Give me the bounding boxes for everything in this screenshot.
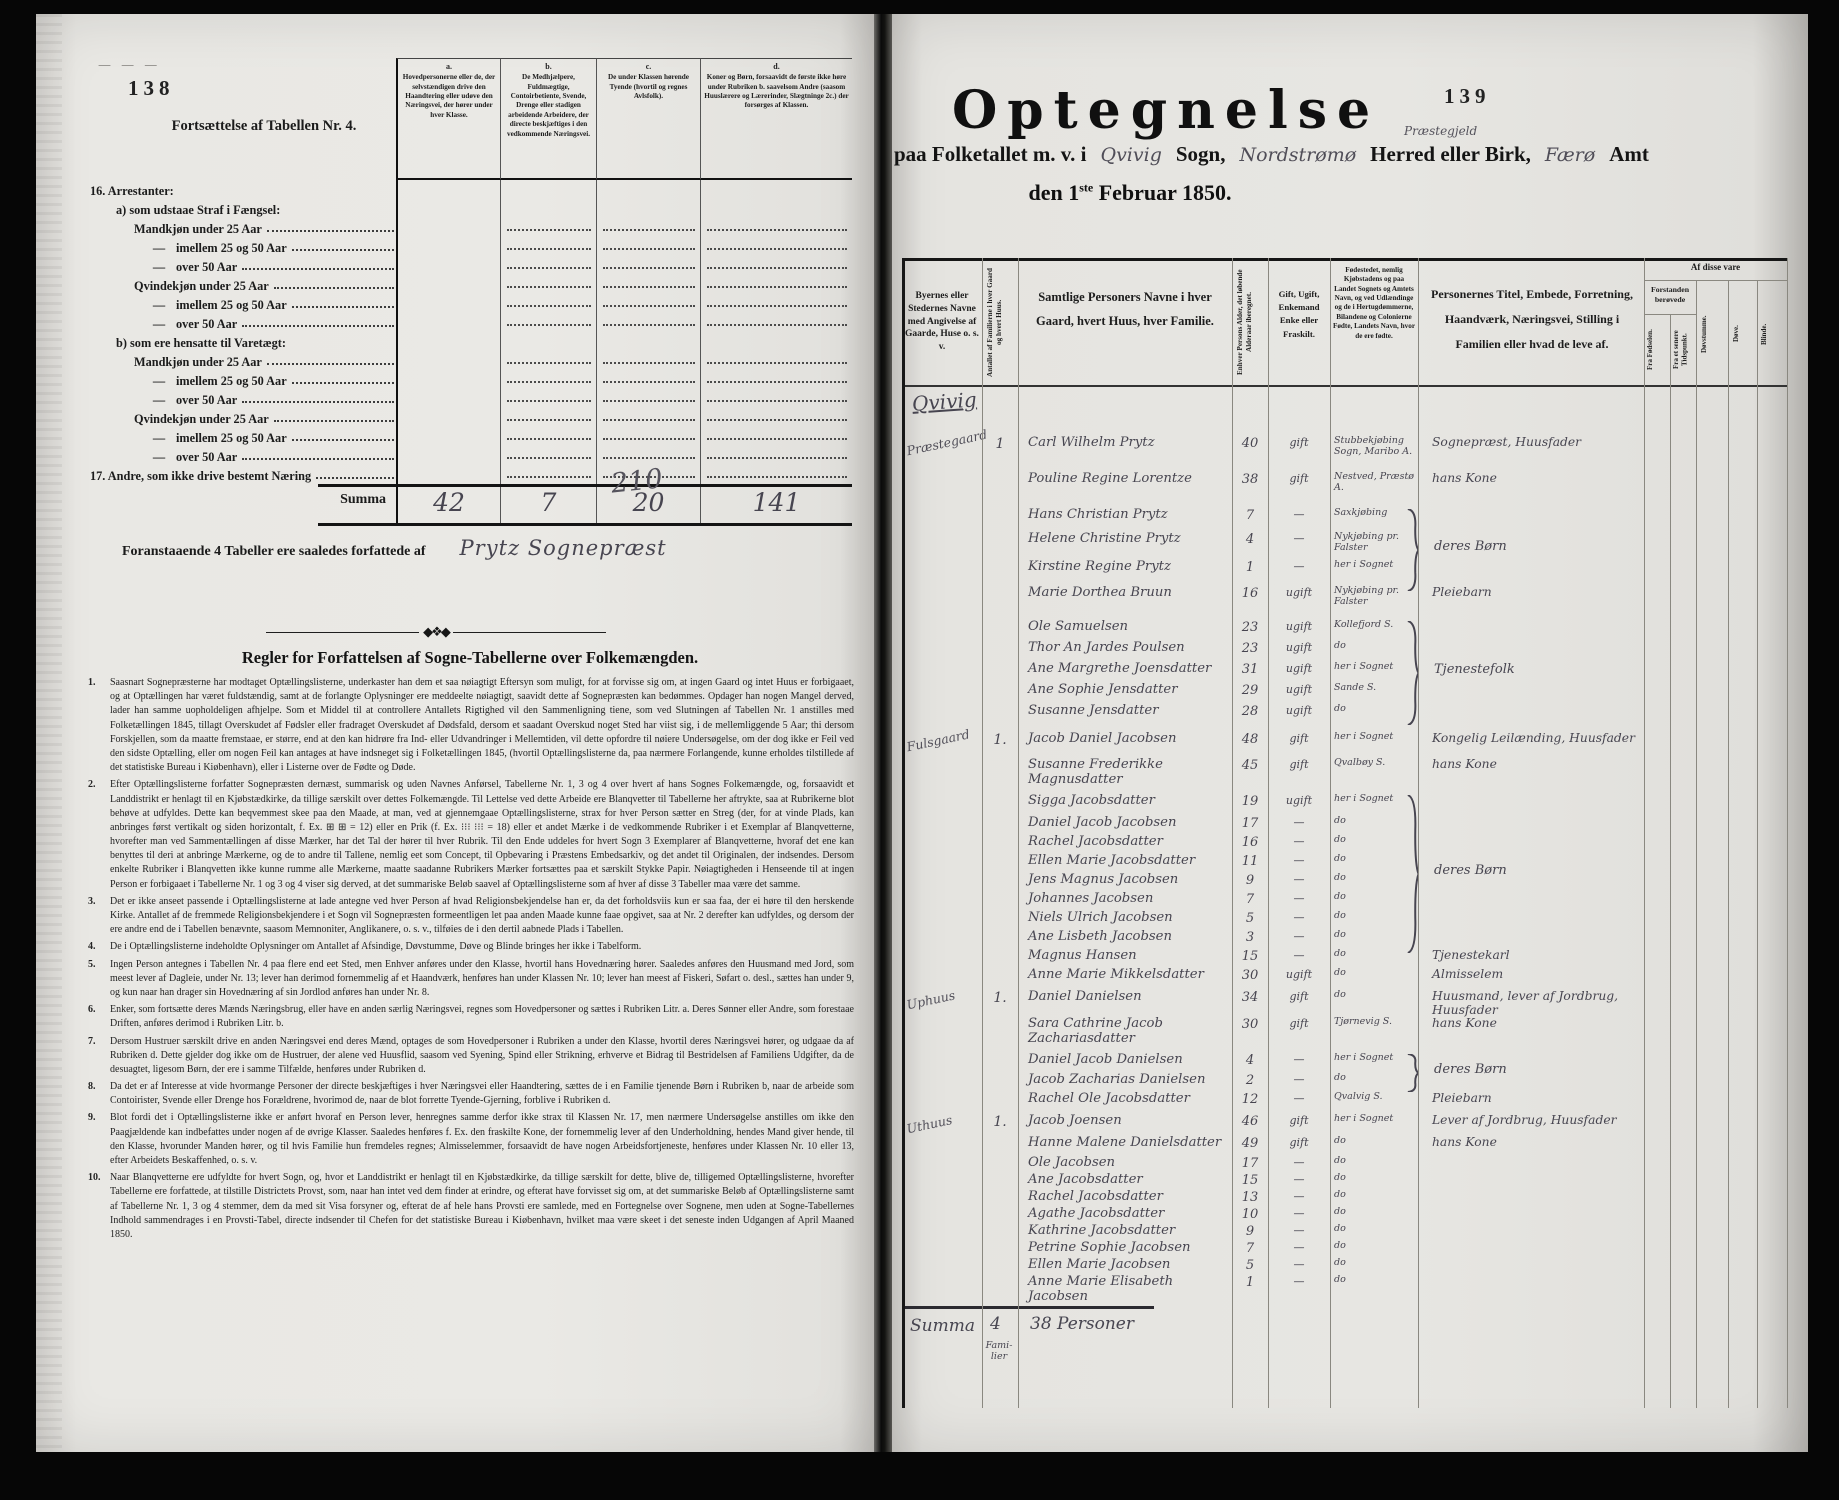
cell-occupation: Kongelig Leilænding, Huusfader <box>1418 732 1644 746</box>
dotted-line <box>707 456 847 459</box>
book-gutter <box>874 14 892 1452</box>
stat-row-label: —imellem 25 og 50 Aar <box>90 432 396 446</box>
rule-item: 2.Efter Optællingslisterne forfatter Sog… <box>86 778 854 892</box>
dotted-leader <box>292 305 394 308</box>
census-row: Marie Dorthea Bruun16ugiftNykjøbing pr. … <box>902 586 1788 620</box>
cell-birthplace: do <box>1330 1173 1418 1184</box>
cell-name: Susanne Jensdatter <box>1018 704 1232 719</box>
stat-cell <box>596 294 700 313</box>
col-letter-b: b. <box>504 62 593 72</box>
cell-status: — <box>1268 873 1330 886</box>
cell-birthplace: do <box>1330 873 1418 884</box>
cell-name: Kathrine Jacobsdatter <box>1018 1224 1232 1239</box>
cell-status: ugift <box>1268 620 1330 633</box>
cell-occupation: hans Kone <box>1418 1136 1644 1150</box>
place-heading-row: Qvivig <box>902 390 1788 436</box>
cell-status: — <box>1268 1224 1330 1237</box>
dotted-line <box>507 437 591 440</box>
cell-status: — <box>1268 532 1330 545</box>
cell-status: — <box>1268 892 1330 905</box>
dotted-leader <box>316 476 394 479</box>
stat-cell <box>596 313 700 332</box>
stat-cell <box>396 332 500 351</box>
cell-age: 11 <box>1232 854 1268 869</box>
cell-status: ugift <box>1268 641 1330 654</box>
dotted-line <box>603 304 695 307</box>
header-deaf: Døve. <box>1732 286 1755 382</box>
book-scan: 138 — — — Fortsættelse af Tabellen Nr. 4… <box>0 0 1839 1500</box>
census-row: Thor An Jardes Poulsen23ugiftdo <box>902 641 1788 662</box>
stat-cell <box>396 351 500 370</box>
cell-birthplace: do <box>1330 704 1418 715</box>
rule-item: 3.Det er ikke anseet passende i Optællin… <box>86 895 854 938</box>
dotted-line <box>707 437 847 440</box>
cell-status: ugift <box>1268 662 1330 675</box>
cell-age: 48 <box>1232 732 1268 747</box>
dotted-line <box>707 399 847 402</box>
header-families-vertical: Antallet af Familierne i hver Gaard og h… <box>986 263 1016 381</box>
col-letter-d: d. <box>704 62 849 72</box>
dash-ditto: — <box>142 432 176 446</box>
cell-age: 4 <box>1232 532 1268 547</box>
page-number-right: 139 <box>1444 84 1491 109</box>
cell-birthplace: do <box>1330 968 1418 979</box>
stat-cell <box>596 427 700 446</box>
stat-cell <box>500 218 596 237</box>
cell-status: — <box>1268 911 1330 924</box>
stat-cell <box>700 218 852 237</box>
cell-name: Pouline Regine Lorentze <box>1018 472 1232 487</box>
stat-cell <box>700 256 852 275</box>
summa-row: Summa 42 7 20 141 <box>90 484 852 526</box>
census-row: Ellen Marie Jacobsen5—do <box>902 1258 1788 1275</box>
stat-row: Qvindekjøn under 25 Aar <box>90 408 852 427</box>
rule-item: 10.Naar Blanqvetterne ere udfyldte for h… <box>86 1171 854 1242</box>
stat-row-label: 16. Arrestanter: <box>90 185 396 199</box>
col-header-c-text: De under Klassen hørende Tyende (hvortil… <box>608 73 689 100</box>
header-occupation-l1: Personernes Titel, Embede, Forretning, <box>1431 287 1633 301</box>
cell-family-number: 1. <box>982 990 1018 1006</box>
dotted-line <box>507 228 591 231</box>
stat-cell <box>500 446 596 465</box>
dotted-line <box>507 456 591 459</box>
dotted-leader <box>274 419 394 422</box>
cell-occupation: Pleiebarn <box>1418 1092 1644 1106</box>
stat-cell <box>396 237 500 256</box>
dotted-line <box>507 361 591 364</box>
header-subgroup: Forstanden berøvede <box>1644 285 1696 305</box>
cell-age: 40 <box>1232 436 1268 451</box>
cell-status: — <box>1268 1156 1330 1169</box>
census-row: Magnus Hansen15—doTjenestekarl <box>902 949 1788 968</box>
stat-cell <box>396 199 500 218</box>
cell-name: Johannes Jacobsen <box>1018 892 1232 907</box>
dash-ditto: — <box>142 375 176 389</box>
cell-name: Daniel Jacob Jacobsen <box>1018 816 1232 831</box>
cell-birthplace: her i Sognet <box>1330 794 1418 805</box>
cell-age: 7 <box>1232 508 1268 523</box>
stat-cell <box>700 275 852 294</box>
cell-name: Ane Margrethe Joensdatter <box>1018 662 1232 677</box>
table-grid-vline <box>1018 258 1019 1408</box>
summa-value-b: 7 <box>500 484 596 526</box>
date-part-sup: ste <box>1079 181 1093 195</box>
dotted-line <box>707 228 847 231</box>
stat-cell <box>700 313 852 332</box>
stat-row-text: 17. Andre, som ikke drive bestemt Næring <box>90 470 311 484</box>
cell-age: 12 <box>1232 1092 1268 1107</box>
dash-ditto: — <box>142 242 176 256</box>
census-row: Susanne Frederikke Magnusdatter45giftQva… <box>902 758 1788 794</box>
dotted-line <box>603 456 695 459</box>
cell-family-number: 1. <box>982 732 1018 748</box>
stat-row: Mandkjøn under 25 Aar <box>90 218 852 237</box>
stat-cell <box>500 199 596 218</box>
stat-cell <box>396 465 500 484</box>
dash-ditto: — <box>142 318 176 332</box>
stat-cell <box>396 446 500 465</box>
stat-row-label: —imellem 25 og 50 Aar <box>90 299 396 313</box>
cell-status: — <box>1268 1073 1330 1086</box>
stat-row-label: Mandkjøn under 25 Aar <box>90 356 396 370</box>
table-grid-vline <box>1670 314 1671 1408</box>
cell-status: — <box>1268 1173 1330 1186</box>
census-row: Niels Ulrich Jacobsen5—do <box>902 911 1788 930</box>
cell-age: 17 <box>1232 1156 1268 1171</box>
table-grid-vline <box>902 258 905 1408</box>
stat-row-label: 17. Andre, som ikke drive bestemt Næring <box>90 470 396 484</box>
rule-number: 7. <box>88 1035 96 1049</box>
cell-age: 1 <box>1232 560 1268 575</box>
dotted-line <box>707 361 847 364</box>
cell-age: 1 <box>1232 1275 1268 1290</box>
cell-name: Jacob Zacharias Danielsen <box>1018 1073 1232 1088</box>
stat-cell <box>396 313 500 332</box>
rule-text: Blot fordi det i Optællingslisterne ikke… <box>110 1112 854 1166</box>
cell-status: — <box>1268 1275 1330 1288</box>
dotted-line <box>707 323 847 326</box>
cell-status: — <box>1268 508 1330 521</box>
stat-row: b) som ere hensatte til Varetægt: <box>90 332 852 351</box>
census-row: Petrine Sophie Jacobsen7—do <box>902 1241 1788 1258</box>
stat-row-label: Mandkjøn under 25 Aar <box>90 223 396 237</box>
cell-birthplace: do <box>1330 816 1418 827</box>
dotted-leader <box>292 248 394 251</box>
statistics-table-header: a.Hovedpersonerne eller de, der selvstæn… <box>90 58 852 180</box>
stat-cell <box>396 427 500 446</box>
census-row: Rachel Jacobsdatter16—do <box>902 835 1788 854</box>
census-row: Hanne Malene Danielsdatter49giftdohans K… <box>902 1136 1788 1156</box>
rule-text: Saasnart Sognepræsterne har modtaget Opt… <box>110 677 854 773</box>
rule-item: 8.Da det er af Interesse at vide hvorman… <box>86 1080 854 1108</box>
dotted-line <box>507 285 591 288</box>
stat-cell <box>700 199 852 218</box>
dotted-line <box>507 380 591 383</box>
stat-row-label: —over 50 Aar <box>90 451 396 465</box>
cell-birthplace: do <box>1330 854 1418 865</box>
stat-cell <box>396 256 500 275</box>
stat-cell <box>500 256 596 275</box>
rules-section: Regler for Forfattelsen af Sogne-Tabelle… <box>86 648 854 1245</box>
stat-cell <box>596 199 700 218</box>
attestation-text: Foranstaaende 4 Tabeller ere saaledes fo… <box>122 544 426 559</box>
cell-name: Magnus Hansen <box>1018 949 1232 964</box>
cell-name: Jacob Daniel Jacobsen <box>1018 732 1232 747</box>
ornament-line-right <box>453 632 606 633</box>
stat-row: —imellem 25 og 50 Aar <box>90 294 852 313</box>
cell-status: gift <box>1268 732 1330 745</box>
dotted-line <box>603 380 695 383</box>
cell-name: Daniel Jacob Danielsen <box>1018 1053 1232 1068</box>
stat-cell <box>500 465 596 484</box>
census-row: Rachel Jacobsdatter13—do <box>902 1190 1788 1207</box>
place-heading: Qvivig <box>901 387 977 416</box>
cell-status: — <box>1268 1092 1330 1105</box>
stat-row: —over 50 Aar <box>90 446 852 465</box>
cell-status: gift <box>1268 1114 1330 1127</box>
dotted-line <box>603 247 695 250</box>
cell-birthplace: Stubbekjøbing Sogn, Maribo A. <box>1330 436 1418 458</box>
table-grid-vline <box>1330 258 1331 1408</box>
stat-cell <box>596 370 700 389</box>
cell-age: 28 <box>1232 704 1268 719</box>
rule-text: De i Optællingslisterne indeholdte Oplys… <box>110 941 641 952</box>
census-row: Susanne Jensdatter28ugiftdo <box>902 704 1788 732</box>
dash-ditto: — <box>142 261 176 275</box>
rule-number: 10. <box>88 1171 101 1185</box>
dotted-line <box>707 418 847 421</box>
stat-cell <box>700 237 852 256</box>
cell-occupation: Lever af Jordbrug, Huusfader <box>1418 1114 1644 1128</box>
cell-status: — <box>1268 1258 1330 1271</box>
stat-row-text: Qvindekjøn under 25 Aar <box>134 413 269 427</box>
cell-birthplace: her i Sognet <box>1330 560 1418 571</box>
rule-item: 7.Dersom Hustruer særskilt drive en ande… <box>86 1035 854 1078</box>
stat-cell <box>500 237 596 256</box>
dotted-line <box>707 266 847 269</box>
dotted-leader <box>292 381 394 384</box>
summa-families-note: Fami- lier <box>982 1340 1016 1363</box>
stat-row: —imellem 25 og 50 Aar <box>90 427 852 446</box>
cell-age: 31 <box>1232 662 1268 677</box>
cell-family-number: 1. <box>982 1114 1018 1130</box>
census-row: Ole Jacobsen17—do <box>902 1156 1788 1173</box>
census-row: Anne Marie Elisabeth Jacobsen1—do <box>902 1275 1788 1304</box>
cell-birthplace: her i Sognet <box>1330 1053 1418 1064</box>
table-grid-hline <box>1644 280 1788 281</box>
cell-age: 16 <box>1232 835 1268 850</box>
cell-status: ugift <box>1268 794 1330 807</box>
rule-number: 3. <box>88 895 96 909</box>
cell-name: Daniel Danielsen <box>1018 990 1232 1005</box>
stat-row-text: imellem 25 og 50 Aar <box>176 299 287 313</box>
cell-status: — <box>1268 835 1330 848</box>
rule-item: 6.Enker, som fortsætte deres Mænds Nærin… <box>86 1003 854 1031</box>
header-place: Byernes eller Stedernes Navne med Angive… <box>904 290 980 354</box>
stat-row-label: —over 50 Aar <box>90 394 396 408</box>
herred-label: Herred eller Birk, <box>1370 142 1531 166</box>
stat-row-label: —imellem 25 og 50 Aar <box>90 375 396 389</box>
rules-list: 1.Saasnart Sognepræsterne har modtaget O… <box>86 676 854 1242</box>
cell-status: gift <box>1268 472 1330 485</box>
cell-age: 23 <box>1232 641 1268 656</box>
census-row: Ellen Marie Jacobsdatter11—do <box>902 854 1788 873</box>
census-row: Hans Christian Prytz7—Saxkjøbingderes Bø… <box>902 508 1788 532</box>
col-header-d-text: Koner og Børn, forsaavidt de første ikke… <box>704 73 848 109</box>
dotted-line <box>707 247 847 250</box>
stat-row: a) som udstaae Straf i Fængsel: <box>90 199 852 218</box>
dotted-leader <box>242 400 394 403</box>
cell-birthplace: do <box>1330 1136 1418 1147</box>
cell-name: Carl Wilhelm Prytz <box>1018 436 1232 451</box>
handwritten-margin-note: 210 <box>610 463 665 499</box>
census-table: Byernes eller Stedernes Navne med Angive… <box>902 258 1788 1410</box>
dotted-line <box>507 304 591 307</box>
stat-cell <box>596 446 700 465</box>
stat-cell <box>500 370 596 389</box>
header-deafmute: Døvstumme. <box>1700 286 1726 382</box>
stat-cell <box>596 351 700 370</box>
cell-status: ugift <box>1268 683 1330 696</box>
cell-status: ugift <box>1268 968 1330 981</box>
cell-age: 23 <box>1232 620 1268 635</box>
stat-cell <box>700 408 852 427</box>
statistics-table-body: 16. Arrestanter:a) som udstaae Straf i F… <box>90 180 852 484</box>
cell-birthplace: do <box>1330 1073 1418 1084</box>
cell-name: Ane Jacobsdatter <box>1018 1173 1232 1188</box>
census-row: Kirstine Regine Prytz1—her i Sognet <box>902 560 1788 586</box>
table-grid-vline <box>1268 258 1269 1408</box>
cell-age: 13 <box>1232 1190 1268 1205</box>
table-grid-vline <box>1757 280 1758 1408</box>
header-idiot-birth: Fra Fødselen. <box>1646 318 1668 382</box>
cell-name: Jens Magnus Jacobsen <box>1018 873 1232 888</box>
cell-status: — <box>1268 930 1330 943</box>
dotted-leader <box>242 324 394 327</box>
cell-birthplace: do <box>1330 1207 1418 1218</box>
dotted-line <box>507 399 591 402</box>
stat-cell <box>500 313 596 332</box>
stat-cell <box>700 427 852 446</box>
ornament-line-left <box>266 632 419 633</box>
cell-age: 5 <box>1232 1258 1268 1273</box>
dotted-line <box>707 475 847 478</box>
rule-item: 5.Ingen Person antegnes i Tabellen Nr. 4… <box>86 958 854 1001</box>
cell-name: Agathe Jacobsdatter <box>1018 1207 1232 1222</box>
stat-cell <box>596 275 700 294</box>
stat-row: —over 50 Aar <box>90 389 852 408</box>
census-row: Helene Christine Prytz4—Nykjøbing pr. Fa… <box>902 532 1788 560</box>
dotted-line <box>507 475 591 478</box>
col-header-a: a.Hovedpersonerne eller de, der selvstæn… <box>396 58 500 180</box>
stat-cell <box>500 180 596 199</box>
stat-cell <box>396 275 500 294</box>
dotted-line <box>603 418 695 421</box>
cell-age: 7 <box>1232 892 1268 907</box>
cell-birthplace: do <box>1330 641 1418 652</box>
stat-row-label: —over 50 Aar <box>90 261 396 275</box>
stat-row-label: Qvindekjøn under 25 Aar <box>90 280 396 294</box>
stat-cell <box>596 256 700 275</box>
stat-cell <box>396 389 500 408</box>
dotted-line <box>603 266 695 269</box>
cell-birthplace: do <box>1330 930 1418 941</box>
cell-age: 9 <box>1232 1224 1268 1239</box>
stat-row-text: imellem 25 og 50 Aar <box>176 432 287 446</box>
cell-name: Helene Christine Prytz <box>1018 532 1232 547</box>
census-row: Johannes Jacobsen7—do <box>902 892 1788 911</box>
cell-status: gift <box>1268 990 1330 1003</box>
cell-status: gift <box>1268 758 1330 771</box>
cell-status: — <box>1268 1241 1330 1254</box>
cell-status: — <box>1268 854 1330 867</box>
stat-row: Mandkjøn under 25 Aar <box>90 351 852 370</box>
stat-cell <box>500 351 596 370</box>
cell-age: 15 <box>1232 1173 1268 1188</box>
rule-number: 6. <box>88 1003 96 1017</box>
census-table-body: QvivigPræstegaard1Carl Wilhelm Prytz40gi… <box>902 390 1788 1384</box>
sogn-label: Sogn, <box>1176 142 1226 166</box>
col-header-d: d.Koner og Børn, forsaavidt de første ik… <box>700 58 852 180</box>
cell-name: Niels Ulrich Jacobsen <box>1018 911 1232 926</box>
table-grid-vline <box>1728 280 1729 1408</box>
dotted-line <box>603 228 695 231</box>
col-letter-a: a. <box>401 62 497 72</box>
cell-name: Ole Jacobsen <box>1018 1156 1232 1171</box>
rule-text: Det er ikke anseet passende i Optællings… <box>110 896 854 935</box>
statistics-table: a.Hovedpersonerne eller de, der selvstæn… <box>90 58 852 526</box>
stat-row: —imellem 25 og 50 Aar <box>90 237 852 256</box>
col-header-c: c.De under Klassen hørende Tyende (hvort… <box>596 58 700 180</box>
stat-cell <box>596 180 700 199</box>
stat-row-label: b) som ere hensatte til Varetægt: <box>90 337 396 351</box>
cell-birthplace: her i Sognet <box>1330 1114 1418 1125</box>
cell-name: Hanne Malene Danielsdatter <box>1018 1136 1232 1151</box>
rule-text: Enker, som fortsætte deres Mænds Nærings… <box>110 1004 854 1029</box>
rule-item: 4.De i Optællingslisterne indeholdte Opl… <box>86 940 854 954</box>
rule-text: Da det er af Interesse at vide hvormange… <box>110 1081 854 1106</box>
summa-value-a: 42 <box>396 484 500 526</box>
cell-occupation: Huusmand, lever af Jordbrug, Huusfader <box>1418 990 1644 1017</box>
summa-label: Summa <box>90 484 396 526</box>
cell-age: 16 <box>1232 586 1268 601</box>
cell-name: Jacob Joensen <box>1018 1114 1232 1129</box>
header-idiot-later: Fra et senere Tidspunkt. <box>1672 318 1694 382</box>
summa-value-d: 141 <box>700 484 852 526</box>
cell-birthplace: Sande S. <box>1330 683 1418 694</box>
cell-name: Rachel Jacobsdatter <box>1018 1190 1232 1205</box>
stat-row-text: over 50 Aar <box>176 261 237 275</box>
header-group: Af disse vare <box>1644 262 1787 272</box>
dotted-line <box>507 266 591 269</box>
rule-text: Efter Optællingslisterne forfatter Sogne… <box>110 779 854 889</box>
header-occupation-l2: Haandværk, Næringsvei, Stilling i <box>1445 312 1619 326</box>
cell-age: 10 <box>1232 1207 1268 1222</box>
stat-row: —over 50 Aar <box>90 256 852 275</box>
summa-persons: 38 Personer <box>1030 1314 1134 1334</box>
rule-number: 1. <box>88 676 96 690</box>
cell-status: — <box>1268 1190 1330 1203</box>
stat-cell <box>700 294 852 313</box>
header-occupation-l3: Familien eller hvad de leve af. <box>1455 337 1608 351</box>
stat-cell <box>500 294 596 313</box>
census-row: Præstegaard1Carl Wilhelm Prytz40giftStub… <box>902 436 1788 472</box>
cell-birthplace: Qvalvig S. <box>1330 1092 1418 1103</box>
header-names: Samtlige Personers Navne i hver Gaard, h… <box>1022 286 1228 334</box>
stat-row-label: —over 50 Aar <box>90 318 396 332</box>
cell-age: 7 <box>1232 1241 1268 1256</box>
cell-name: Ane Lisbeth Jacobsen <box>1018 930 1232 945</box>
